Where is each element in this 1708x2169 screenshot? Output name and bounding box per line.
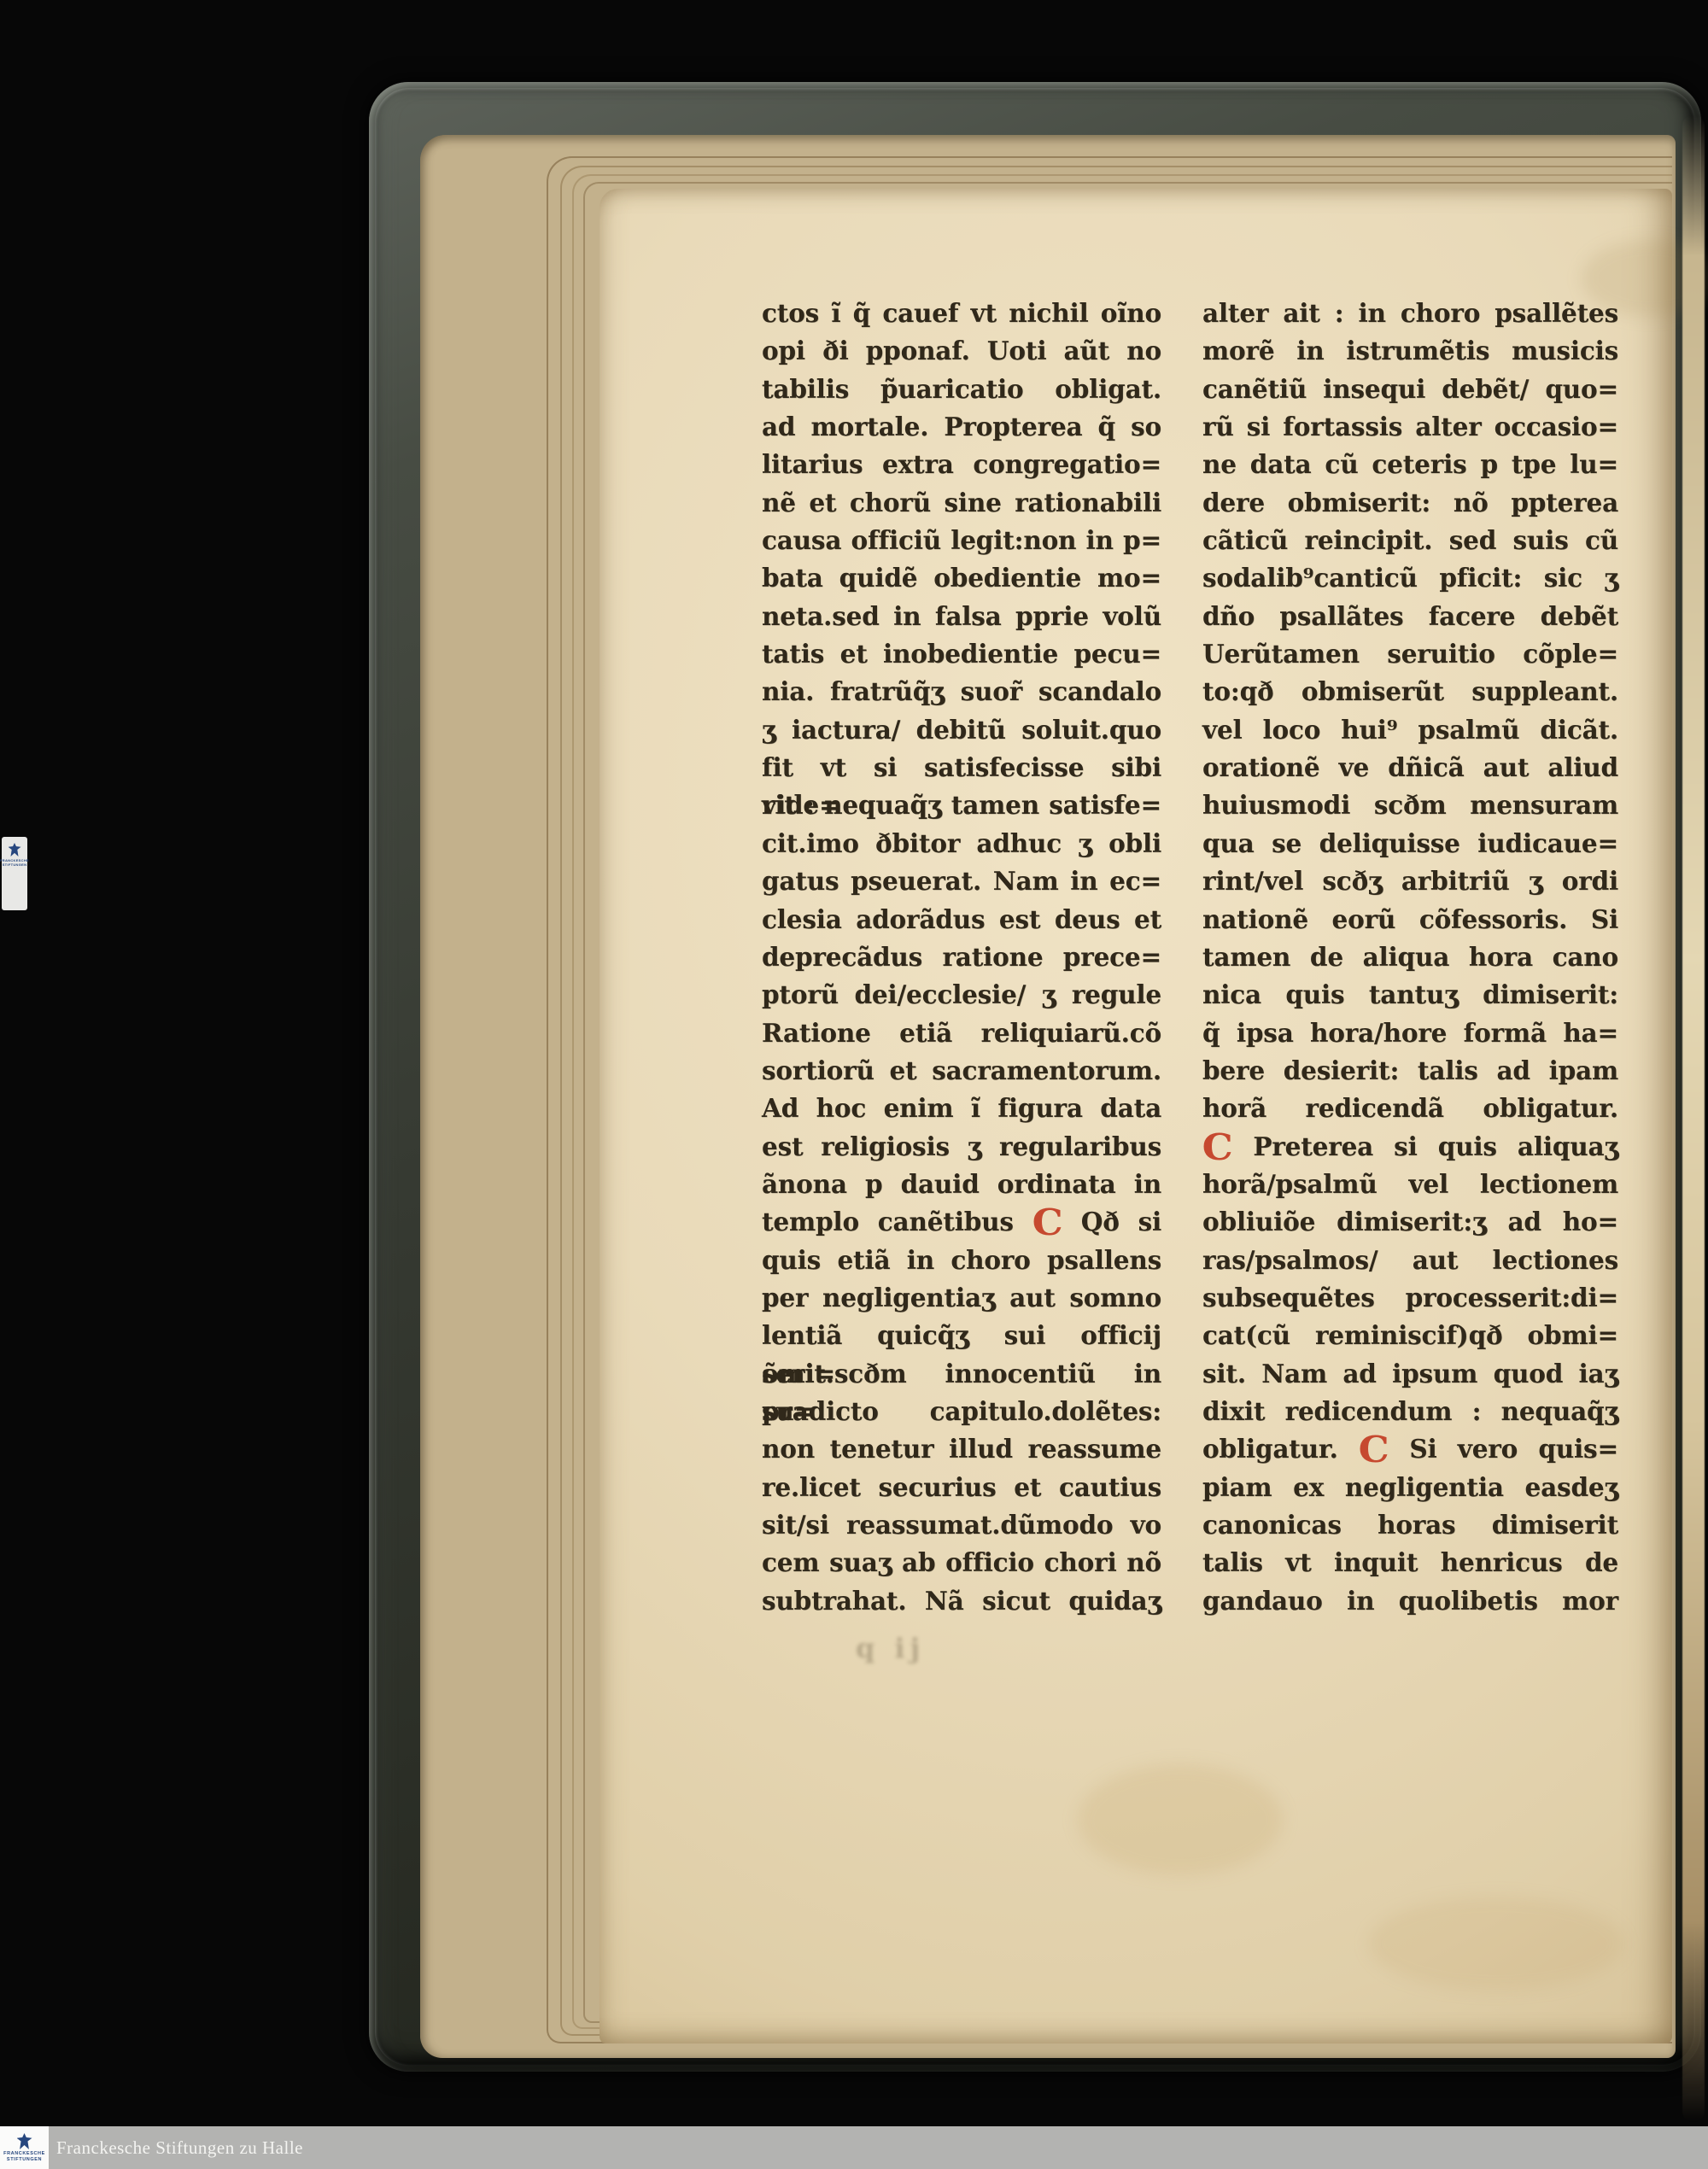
text-line: q̃ ipsa hora/hore formã ha=	[1202, 1014, 1618, 1052]
text-line: cat(cũ reminiscif)qð obmi=	[1202, 1317, 1618, 1354]
text-line: pradicto capitulo.dolẽtes:	[762, 1393, 1161, 1430]
text-line: dixit redicendum : nequaq̃ʒ	[1202, 1393, 1618, 1430]
text-line: litarius extra congregatio=	[762, 446, 1161, 483]
page-stain	[1368, 1897, 1624, 1991]
text-line: obligatur. C Si vero quis=	[1202, 1430, 1618, 1468]
text-line: clesia adorãdus est deus et	[762, 901, 1161, 938]
text-line: causa officiũ legit:non in p=	[762, 522, 1161, 559]
text-line: lentiã quicq̃ʒ sui officij õmi=	[762, 1317, 1161, 1354]
text-line: cit.imo ðbitor adhuc ʒ obli	[762, 825, 1161, 862]
text-line: C Preterea si quis aliquaʒ	[1202, 1128, 1618, 1166]
text-line: dere obmiserit: nõ ppterea	[1202, 484, 1618, 522]
text-line: ad mortale. Propterea q̃ so	[762, 408, 1161, 446]
side-institution-logo: FRANCKESCHE STIFTUNGEN	[2, 837, 27, 910]
book-page: q ij ctos ĩ q̃ cauef vt nichil oĩnoopi ð…	[600, 189, 1672, 2043]
text-line: ne data cũ ceteris p tpe lu=	[1202, 446, 1618, 483]
institution-emblem-icon	[9, 843, 21, 856]
text-line: canonicas horas dimiserit	[1202, 1506, 1618, 1544]
ghost-signature-mark: q ij	[856, 1632, 925, 1664]
text-line: rũ si fortassis alter occasio=	[1202, 408, 1618, 446]
text-line: quis etiã in choro psallens	[762, 1242, 1161, 1279]
text-line: piam ex negligentia easdeʒ	[1202, 1469, 1618, 1506]
text-line: vel loco hui⁹ psalmũ dicãt.	[1202, 711, 1618, 749]
text-line: re.licet securius et cautius	[762, 1469, 1161, 1506]
text-line: sit/si reassumat.dũmodo vo	[762, 1506, 1161, 1544]
text-line: rit : nequaq̃ʒ tamen satisfe=	[762, 786, 1161, 824]
text-line: cem suaʒ ab officio chori nõ	[762, 1544, 1161, 1581]
institution-logo-text: FRANCKESCHE STIFTUNGEN	[3, 2151, 45, 2162]
text-line: est religiosis ʒ regularibus	[762, 1128, 1161, 1166]
text-line: subsequẽtes processerit:di=	[1202, 1279, 1618, 1317]
text-line: nẽ et chorũ sine rationabili	[762, 484, 1161, 522]
text-column-left: ctos ĩ q̃ cauef vt nichil oĩnoopi ði ppo…	[762, 295, 1161, 1620]
logo-line2: STIFTUNGEN	[0, 862, 29, 867]
text-line: canẽtiũ insequi debẽt/ quo=	[1202, 371, 1618, 408]
text-line: opi ði pponaf. Uoti aũt no	[762, 332, 1161, 370]
text-line: huiusmodi scðm mensuram	[1202, 786, 1618, 824]
text-line: nica quis tantuʒ dimiserit:	[1202, 976, 1618, 1014]
page-stain	[1078, 1764, 1283, 1875]
fore-edge-pages	[1682, 115, 1705, 2122]
institution-name: Franckesche Stiftungen zu Halle	[49, 2137, 303, 2159]
text-line: deprecãdus ratione prece=	[762, 938, 1161, 976]
text-line: horã redicendã obligatur.	[1202, 1090, 1618, 1127]
text-line: nia. fratrũq̃ʒ suor̃ scandalo	[762, 673, 1161, 710]
text-line: neta.sed in falsa pprie volũ	[762, 598, 1161, 635]
text-line: gatus pseuerat. Nam in ec=	[762, 862, 1161, 900]
text-line: tamen de aliqua hora cano	[1202, 938, 1618, 976]
text-line: obliuiõe dimiserit:ʒ ad ho=	[1202, 1203, 1618, 1241]
text-line: to:qð obmiserũt suppleant.	[1202, 673, 1618, 710]
text-line: Uerũtamen seruitio cõple=	[1202, 635, 1618, 673]
text-line: ãnona p dauid ordinata in	[762, 1166, 1161, 1203]
text-line: horã/psalmũ vel lectionem	[1202, 1166, 1618, 1203]
text-line: fit vt si satisfecisse sibi vide=	[762, 749, 1161, 786]
text-line: tatis et inobedientie pecu=	[762, 635, 1161, 673]
text-line: dño psallãtes facere debẽt	[1202, 598, 1618, 635]
logo-line1: FRANCKESCHE	[3, 2151, 45, 2157]
text-line: tabilis p̃uaricatio obligat.	[762, 371, 1161, 408]
text-line: Ad hoc enim ĩ figura data	[762, 1090, 1161, 1127]
institution-logo-box: FRANCKESCHE STIFTUNGEN	[0, 2126, 49, 2169]
photo-background: q ij ctos ĩ q̃ cauef vt nichil oĩnoopi ð…	[0, 0, 1708, 2169]
text-column-right: alter ait : in choro psallẽtesmorẽ in is…	[1202, 295, 1618, 1620]
text-line: ras/psalmos/ aut lectiones	[1202, 1242, 1618, 1279]
text-line: bere desierit: talis ad ipam	[1202, 1052, 1618, 1090]
text-line: Ratione etiã reliquiarũ.cõ	[762, 1014, 1161, 1052]
institution-logo-text: FRANCKESCHE STIFTUNGEN	[0, 858, 29, 867]
text-line: gandauo in quolibetis mor	[1202, 1582, 1618, 1620]
text-line: ptorũ dei/ecclesie/ ʒ regule	[762, 976, 1161, 1014]
text-line: subtrahat. Nã sicut quidaʒ	[762, 1582, 1161, 1620]
text-line: sodalib⁹canticũ pficit: sic ʒ	[1202, 559, 1618, 597]
text-line: rint/vel scðʒ arbitriũ ʒ ordi	[1202, 862, 1618, 900]
text-line: bata quidẽ obedientie mo=	[762, 559, 1161, 597]
text-line: morẽ in istrumẽtis musicis	[1202, 332, 1618, 370]
text-line: non tenetur illud reassume	[762, 1430, 1161, 1468]
text-line: templo canẽtibus C Qð si	[762, 1203, 1161, 1241]
text-line: qua se deliquisse iudicaue=	[1202, 825, 1618, 862]
text-line: cãticũ reincipit. sed suis cũ	[1202, 522, 1618, 559]
text-line: sortiorũ et sacramentorum.	[762, 1052, 1161, 1090]
text-line: nationẽ eorũ cõfessoris. Si	[1202, 901, 1618, 938]
institution-emblem-icon	[17, 2133, 32, 2149]
text-line: ctos ĩ q̃ cauef vt nichil oĩno	[762, 295, 1161, 332]
text-line: orationẽ ve dñicã aut aliud	[1202, 749, 1618, 786]
text-line: alter ait : in choro psallẽtes	[1202, 295, 1618, 332]
text-line: serit.scðm innocentiũ in su=	[762, 1355, 1161, 1393]
text-line: sit. Nam ad ipsum quod iaʒ	[1202, 1355, 1618, 1393]
text-line: per negligentiaʒ aut somno	[762, 1279, 1161, 1317]
logo-line2: STIFTUNGEN	[3, 2157, 45, 2163]
text-line: ʒ iactura/ debitũ soluit.quo	[762, 711, 1161, 749]
watermark-bar: FRANCKESCHE STIFTUNGEN Franckesche Stift…	[0, 2126, 1708, 2169]
text-line: talis vt inquit henricus de	[1202, 1544, 1618, 1581]
